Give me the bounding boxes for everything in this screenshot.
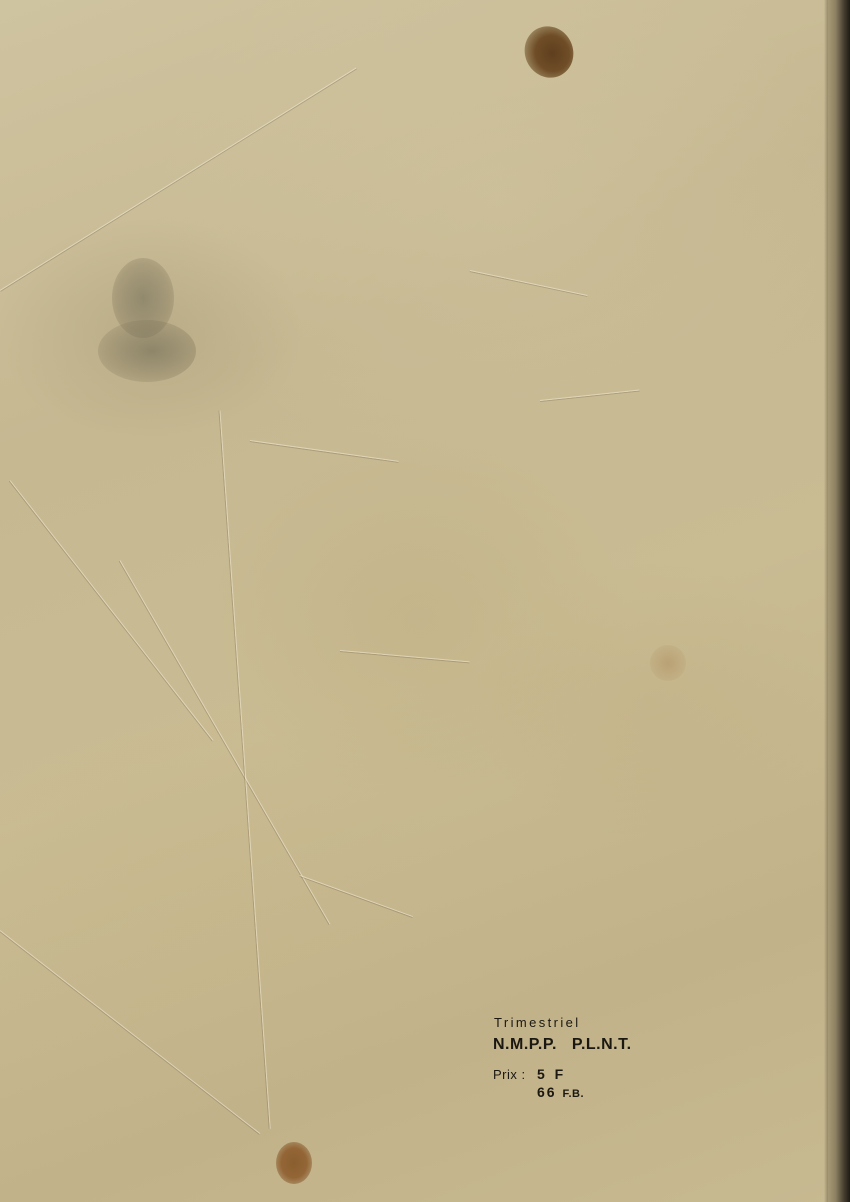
book-spine [828,0,850,1202]
price-belgium-amount: 66 [537,1084,557,1100]
price-row-france: Prix : 5 F [493,1066,632,1082]
paper-crease [10,480,214,741]
price-row-belgium: 66 F.B. [493,1084,632,1100]
distributors: N.M.P.P. P.L.N.T. [493,1036,632,1054]
price-belgium-currency: F.B. [562,1088,584,1100]
stain-spot [516,18,581,85]
paper-crease [0,68,356,291]
price-label: Prix : [493,1067,537,1082]
paper-crease [220,410,271,1128]
paper-crease [0,930,260,1134]
paper-crease [300,875,413,917]
paper-crease [470,270,588,296]
publication-frequency: Trimestriel [494,1015,632,1030]
paper-crease [540,390,640,401]
publication-imprint: Trimestriel N.M.P.P. P.L.N.T. Prix : 5 F… [493,1015,632,1102]
stain-spot [98,320,196,382]
paper-crease [340,650,470,662]
paper-crease [120,560,331,924]
price-belgium: 66 F.B. [537,1084,584,1100]
price-france: 5 F [537,1066,566,1082]
paper-crease [250,440,399,462]
stain-spot [650,645,686,681]
stain-spot [276,1142,312,1184]
back-cover: Trimestriel N.M.P.P. P.L.N.T. Prix : 5 F… [0,0,850,1202]
